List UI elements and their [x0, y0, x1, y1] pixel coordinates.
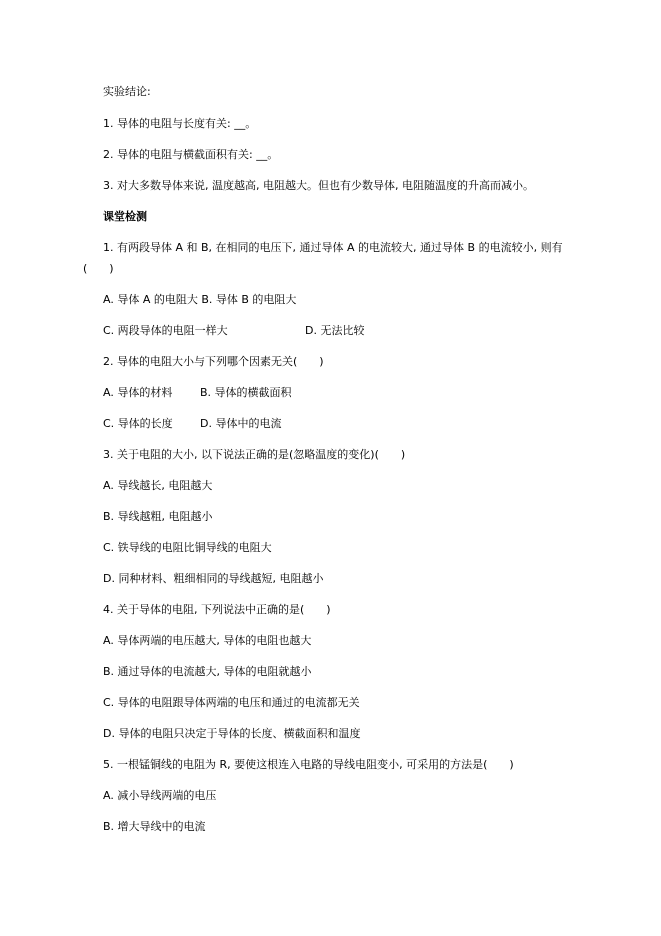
- question-4-option-b: B. 通过导体的电流越大, 导体的电阻就越小: [103, 665, 312, 679]
- question-1-answer-blank: ( ): [83, 262, 114, 276]
- conclusion-item-2: 2. 导体的电阻与横截面积有关: __。: [103, 148, 278, 162]
- conclusion-item-3: 3. 对大多数导体来说, 温度越高, 电阻越大。但也有少数导体, 电阻随温度的升…: [103, 179, 534, 193]
- conclusion-item-1: 1. 导体的电阻与长度有关: __。: [103, 117, 256, 131]
- question-1-option-d: D. 无法比较: [305, 324, 364, 338]
- question-3-option-c: C. 铁导线的电阻比铜导线的电阻大: [103, 541, 272, 555]
- question-3-stem: 3. 关于电阻的大小, 以下说法正确的是(忽略温度的变化)( ): [103, 448, 405, 462]
- question-5-option-a: A. 减小导线两端的电压: [103, 789, 216, 803]
- question-5-option-b: B. 增大导线中的电流: [103, 820, 206, 834]
- conclusion-heading: 实验结论:: [103, 85, 151, 99]
- question-3-option-a: A. 导线越长, 电阻越大: [103, 479, 212, 493]
- question-2-stem: 2. 导体的电阻大小与下列哪个因素无关( ): [103, 355, 324, 369]
- question-2-option-a: A. 导体的材料: [103, 386, 172, 400]
- question-4-option-a: A. 导体两端的电压越大, 导体的电阻也越大: [103, 634, 311, 648]
- question-4-option-c: C. 导体的电阻跟导体两端的电压和通过的电流都无关: [103, 696, 360, 710]
- question-1-stem: 1. 有两段导体 A 和 B, 在相同的电压下, 通过导体 A 的电流较大, 通…: [103, 241, 563, 255]
- section-title: 课堂检测: [103, 210, 147, 224]
- question-2-option-b: B. 导体的横截面积: [200, 386, 292, 400]
- question-1-option-c: C. 两段导体的电阻一样大: [103, 324, 228, 338]
- question-5-stem: 5. 一根锰铜线的电阻为 R, 要使这根连入电路的导线电阻变小, 可采用的方法是…: [103, 758, 514, 772]
- question-4-option-d: D. 导体的电阻只决定于导体的长度、横截面积和温度: [103, 727, 360, 741]
- question-3-option-b: B. 导线越粗, 电阻越小: [103, 510, 213, 524]
- question-2-option-d: D. 导体中的电流: [200, 417, 281, 431]
- question-4-stem: 4. 关于导体的电阻, 下列说法中正确的是( ): [103, 603, 331, 617]
- question-3-option-d: D. 同种材料、粗细相同的导线越短, 电阻越小: [103, 572, 323, 586]
- question-1-options-ab: A. 导体 A 的电阻大 B. 导体 B 的电阻大: [103, 293, 296, 307]
- question-2-option-c: C. 导体的长度: [103, 417, 173, 431]
